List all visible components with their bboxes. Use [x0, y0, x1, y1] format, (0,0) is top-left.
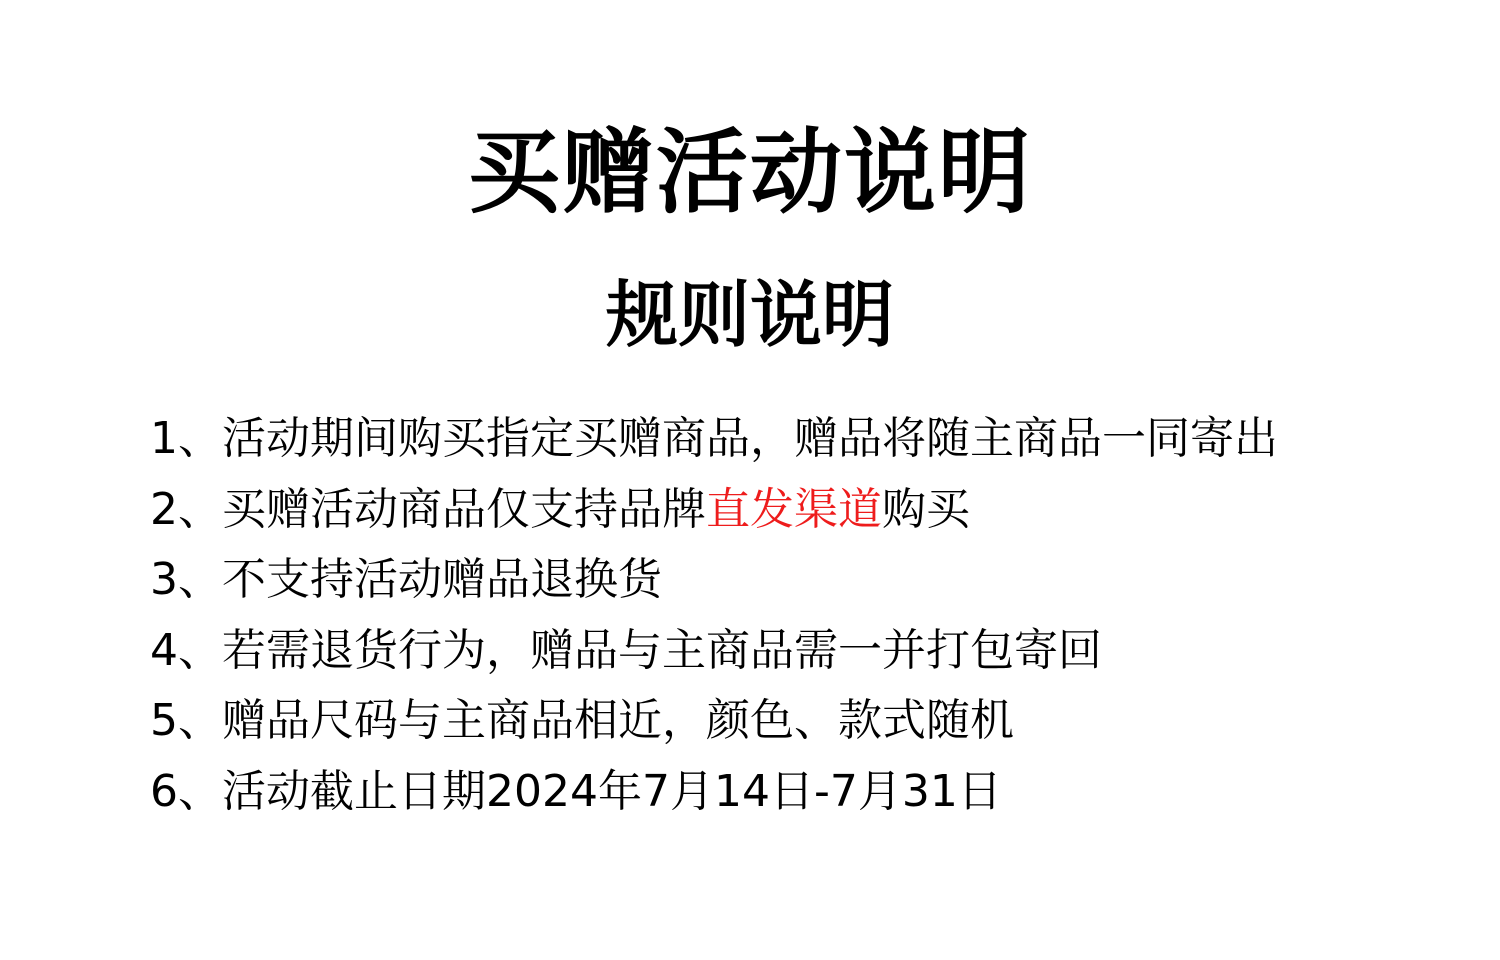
rule-item-3: 3、不支持活动赠品退换货 [150, 545, 1278, 616]
rule-item-1: 1、活动期间购买指定买赠商品，赠品将随主商品一同寄出 [150, 404, 1278, 475]
rule-number: 6、 [150, 757, 222, 828]
rule-text: 购买 [882, 484, 970, 535]
rule-item-4: 4、若需退货行为，赠品与主商品需一并打包寄回 [150, 616, 1278, 687]
rule-text: 活动期间购买指定买赠商品，赠品将随主商品一同寄出 [222, 413, 1278, 464]
rule-number: 2、 [150, 475, 222, 546]
rule-text: 赠品尺码与主商品相近，颜色、款式随机 [222, 695, 1014, 746]
rule-item-6: 6、活动截止日期2024年7月14日-7月31日 [150, 757, 1278, 828]
rule-text: 活动截止日期2024年7月14日-7月31日 [222, 766, 1002, 817]
rule-number: 5、 [150, 686, 222, 757]
section-subtitle: 规则说明 [0, 272, 1500, 358]
rule-text: 买赠活动商品仅支持品牌 [222, 484, 706, 535]
rule-text-highlight: 直发渠道 [706, 484, 882, 535]
rule-number: 3、 [150, 545, 222, 616]
rule-number: 4、 [150, 616, 222, 687]
rule-item-2: 2、买赠活动商品仅支持品牌直发渠道购买 [150, 475, 1278, 546]
rule-text: 不支持活动赠品退换货 [222, 554, 662, 605]
rule-item-5: 5、赠品尺码与主商品相近，颜色、款式随机 [150, 686, 1278, 757]
rule-number: 1、 [150, 404, 222, 475]
rule-text: 若需退货行为，赠品与主商品需一并打包寄回 [222, 625, 1102, 676]
page-title: 买赠活动说明 [0, 118, 1500, 228]
rules-list: 1、活动期间购买指定买赠商品，赠品将随主商品一同寄出 2、买赠活动商品仅支持品牌… [150, 404, 1278, 827]
